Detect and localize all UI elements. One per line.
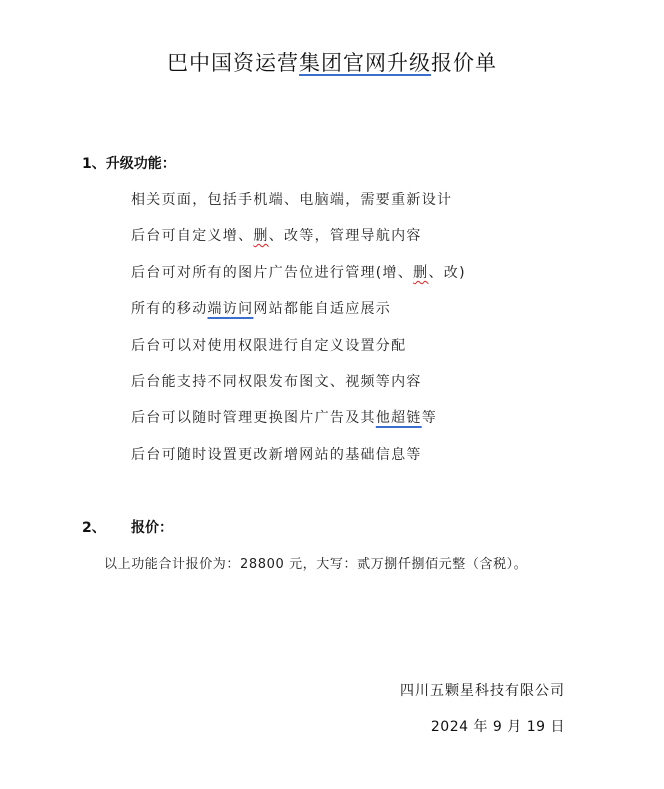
- text: 后台可对所有的图片广告位进行管理(增、: [131, 265, 413, 281]
- text: 、改): [428, 265, 465, 281]
- grammar-mark: 端访问: [208, 301, 254, 317]
- feature-item: 所有的移动端访问网站都能自适应展示: [131, 298, 391, 318]
- section2-number: 2、: [82, 517, 106, 537]
- title-part: 报价单: [431, 51, 497, 75]
- price-statement: 以上功能合计报价为：28800 元，大写：贰万捌仟捌佰元整（含税）。: [104, 553, 527, 572]
- grammar-mark: 他超链: [376, 410, 422, 426]
- feature-item: 后台可对所有的图片广告位进行管理(增、删、改): [131, 262, 466, 282]
- feature-item: 后台可以随时管理更换图片广告及其他超链等: [131, 407, 437, 427]
- text: 后台可自定义增、: [131, 228, 253, 244]
- title-part: 巴中国资运营: [167, 51, 299, 75]
- document-title: 巴中国资运营集团官网升级报价单: [0, 47, 664, 77]
- signature-date: 2024 年 9 月 19 日: [431, 716, 565, 736]
- text: 、改等，管理导航内容: [269, 228, 422, 244]
- feature-item: 后台可以对使用权限进行自定义设置分配: [131, 335, 406, 355]
- text: 等: [422, 410, 437, 426]
- feature-item: 后台可自定义增、删、改等，管理导航内容: [131, 225, 422, 245]
- title-underlined-part: 集团官网升级: [299, 51, 431, 75]
- company-name: 四川五颗星科技有限公司: [400, 680, 565, 700]
- spellcheck-mark: 删: [413, 265, 428, 281]
- spellcheck-mark: 删: [253, 228, 268, 244]
- feature-item: 相关页面，包括手机端、电脑端，需要重新设计: [131, 189, 452, 209]
- text: 网站都能自适应展示: [253, 301, 391, 317]
- section1-heading: 1、升级功能：: [82, 153, 176, 173]
- feature-item: 后台能支持不同权限发布图文、视频等内容: [131, 371, 422, 391]
- feature-item: 后台可随时设置更改新增网站的基础信息等: [131, 444, 422, 464]
- text: 所有的移动: [131, 301, 208, 317]
- text: 后台可以随时管理更换图片广告及其: [131, 410, 376, 426]
- section2-heading: 报价：: [131, 517, 173, 537]
